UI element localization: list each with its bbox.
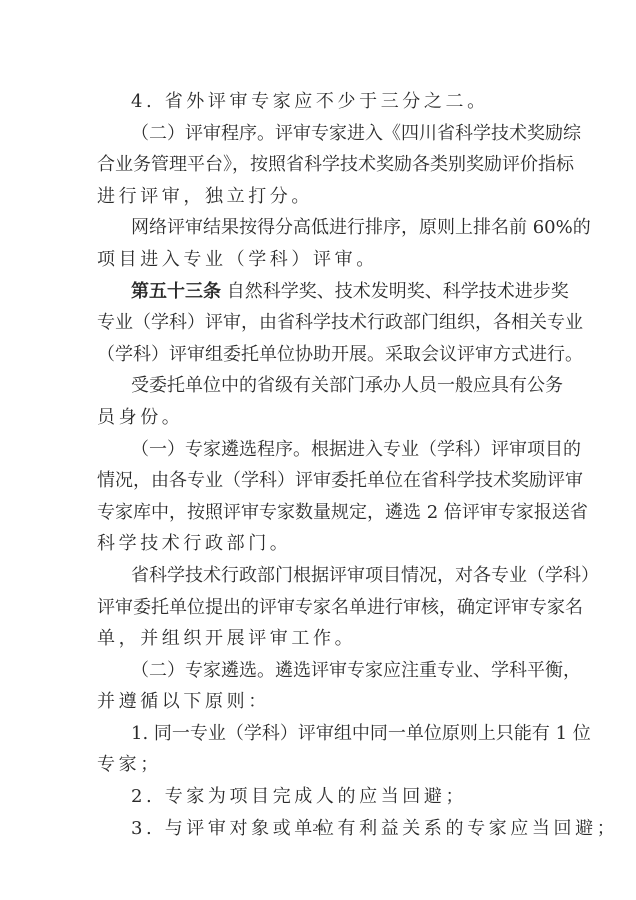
text-line: 1. 同一专业（学科）评审组中同一单位原则上只能有 1 位	[97, 718, 555, 750]
text-line: 员身份。	[97, 402, 555, 434]
text-line: 合业务管理平台》，按照省科学技术奖励各类别奖励评价指标	[97, 149, 555, 181]
text-line: （一）专家遴选程序。根据进入专业（学科）评审项目的	[97, 434, 555, 466]
text-line: 网络评审结果按得分高低进行排序，原则上排名前 60%的	[97, 212, 555, 244]
text-line: （学科）评审组委托单位协助开展。采取会议评审方式进行。	[97, 339, 555, 371]
text-line: （二）专家遴选。遴选评审专家应注重专业、学科平衡，	[97, 655, 555, 687]
text-line: 受委托单位中的省级有关部门承办人员一般应具有公务	[97, 370, 555, 402]
text-line: 省科学技术行政部门根据评审项目情况，对各专业（学科）	[97, 560, 555, 592]
text-line: 情况，由各专业（学科）评审委托单位在省科学技术奖励评审	[97, 465, 555, 497]
text-line: 项目进入专业（学科）评审。	[97, 244, 555, 276]
text-line: 科学技术行政部门。	[97, 528, 555, 560]
page-number: 24	[0, 822, 636, 834]
text-line: 4. 省外评审专家应不少于三分之二。	[97, 86, 555, 118]
text-line: 并遵循以下原则：	[97, 686, 555, 718]
text-line: 专家；	[97, 749, 555, 781]
article-number: 第五十三条	[131, 281, 221, 302]
text-line: 进行评审，独立打分。	[97, 181, 555, 213]
article-text: 自然科学奖、技术发明奖、科学技术进步奖	[221, 281, 569, 302]
text-line: 专家库中，按照评审专家数量规定，遴选 2 倍评审专家报送省	[97, 497, 555, 529]
text-line: 评审委托单位提出的评审专家名单进行审核，确定评审专家名	[97, 592, 555, 624]
text-line: 单，并组织开展评审工作。	[97, 623, 555, 655]
article-heading-line: 第五十三条 自然科学奖、技术发明奖、科学技术进步奖	[97, 276, 555, 308]
text-line: （二）评审程序。评审专家进入《四川省科学技术奖励综	[97, 118, 555, 150]
text-line: 2. 专家为项目完成人的应当回避；	[97, 781, 555, 813]
document-body: 4. 省外评审专家应不少于三分之二。 （二）评审程序。评审专家进入《四川省科学技…	[97, 86, 555, 844]
text-line: 专业（学科）评审，由省科学技术行政部门组织，各相关专业	[97, 307, 555, 339]
